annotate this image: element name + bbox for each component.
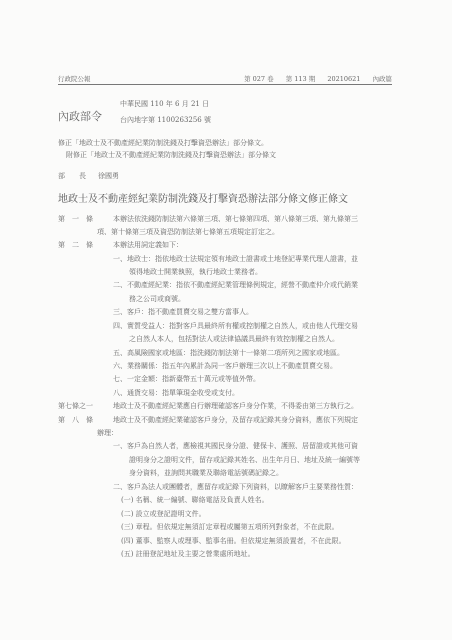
order-title: 內政部令 bbox=[58, 108, 102, 124]
article-1-label: 第 一 條 bbox=[58, 214, 93, 224]
article-2-item-2a: 二、不動產經紀業：指依不動產經紀業管理條例規定，經營不動產仲介或代銷業 bbox=[113, 280, 358, 290]
article-7-1-text: 地政士及不動產經紀業應自行辦理確認客戶身分作業，不得委由第三方執行之。 bbox=[113, 401, 358, 411]
gazette-page: 行政院公報 第 027 卷 第 113 期 20210621 內政篇 內政部令 … bbox=[0, 0, 452, 640]
preamble-line-1: 修正「地政士及不動產經紀業防制洗錢及打擊資恐辦法」部分條文。 bbox=[58, 138, 268, 148]
issue: 第 113 期 bbox=[286, 75, 316, 83]
document-title: 地政士及不動產經紀業防制洗錢及打擊資恐辦法部分條文修正條文 bbox=[58, 190, 348, 205]
article-8-sub-4: (四) 董事、監察人或理事、監事名冊。但依規定無須設置者，不在此限。 bbox=[121, 536, 346, 546]
article-8-sub-3: (三) 章程。但依規定無須訂定章程或屬第五項所列對象者，不在此限。 bbox=[121, 522, 339, 532]
article-2-item-3: 三、客戶：指不動產買賣交易之雙方當事人。 bbox=[113, 307, 253, 317]
article-2-item-4b: 之自然人本人，包括對法人或法律協議具最終有效控制權之自然人。 bbox=[129, 334, 339, 344]
article-2-item-1b: 領得地政士開業執照，執行地政士業務者。 bbox=[129, 267, 262, 277]
article-1-line-2: 項、第十條第三項及資恐防制法第七條第五項規定訂定之。 bbox=[97, 227, 279, 237]
issue-info: 第 027 卷 第 113 期 20210621 內政篇 bbox=[234, 74, 392, 83]
article-8-sub-2: (二) 設立或登記證明文件。 bbox=[121, 509, 206, 519]
article-2-item-1a: 一、地政士：指依地政士法規定領有地政士證書或土地登記專業代理人證書，並 bbox=[113, 254, 358, 264]
article-2-item-4a: 四、實質受益人：指對客戶具最終所有權或控制權之自然人，或由他人代理交易 bbox=[113, 321, 358, 331]
article-7-1-label: 第七條之一 bbox=[58, 401, 93, 411]
article-8-sub-1: (一) 名稱、統一編號、聯絡電話及負責人姓名。 bbox=[121, 495, 269, 505]
article-8-line-2: 辦理： bbox=[97, 428, 118, 438]
publication-name: 行政院公報 bbox=[58, 74, 91, 83]
article-2-item-7: 七、一定金額：指新臺幣五十萬元或等值外幣。 bbox=[113, 374, 260, 384]
page-header: 行政院公報 第 027 卷 第 113 期 20210621 內政篇 bbox=[58, 72, 392, 85]
article-8-item-2: 二、客戶為法人或團體者，應留存或記錄下列資料，以瞭解客戶主要業務性質： bbox=[113, 482, 358, 492]
volume: 第 027 卷 bbox=[244, 75, 274, 83]
article-1-line-1: 本辦法依洗錢防制法第六條第三項、第七條第四項、第八條第三項、第九條第三 bbox=[113, 214, 358, 224]
article-8-item-1a: 一、客戶為自然人者，應檢視其國民身分證、健保卡、護照、居留證或其他可資 bbox=[113, 441, 358, 451]
minister-label: 部 長 bbox=[58, 171, 86, 181]
article-8-item-1b: 證明身分之證明文件，留存或記錄其姓名、出生年月日、地址及統一編號等 bbox=[129, 455, 360, 465]
article-8-item-1c: 身分資料，並詢問其職業及聯絡電話號碼記錄之。 bbox=[129, 468, 283, 478]
article-2-intro: 本辦法用詞定義如下： bbox=[113, 240, 183, 250]
article-2-item-8: 八、通貨交易：指單筆現金收受或支付。 bbox=[113, 388, 239, 398]
article-2-item-2b: 務之公司或商號。 bbox=[129, 294, 185, 304]
order-meta: 中華民國 110 年 6 月 21 日 台內地字第 1100263256 號 bbox=[120, 96, 211, 128]
section: 內政篇 bbox=[373, 75, 393, 83]
article-8-sub-5: (五) 註冊登記地址及主要之營業處所地址。 bbox=[121, 549, 255, 559]
article-8-label: 第 八 條 bbox=[58, 415, 93, 425]
issue-date: 20210621 bbox=[327, 75, 360, 83]
minister-name: 徐國勇 bbox=[98, 171, 119, 181]
article-8-line-1: 地政士及不動產經紀業確認客戶身分，及留存或記錄其身分資料，應依下列規定 bbox=[113, 415, 358, 425]
article-2-label: 第 二 條 bbox=[58, 240, 93, 250]
preamble-line-2: 附修正「地政士及不動產經紀業防制洗錢及打擊資恐辦法」部分條文 bbox=[66, 150, 276, 160]
order-date: 中華民國 110 年 6 月 21 日 bbox=[120, 96, 211, 112]
article-2-item-5: 五、高風險國家或地區：指洗錢防制法第十一條第二項所列之國家或地區。 bbox=[113, 348, 344, 358]
article-2-item-6: 六、業務關係：指五年內累計為同一客戶辦理三次以上不動產買賣交易。 bbox=[113, 361, 337, 371]
order-number: 台內地字第 1100263256 號 bbox=[120, 112, 211, 128]
